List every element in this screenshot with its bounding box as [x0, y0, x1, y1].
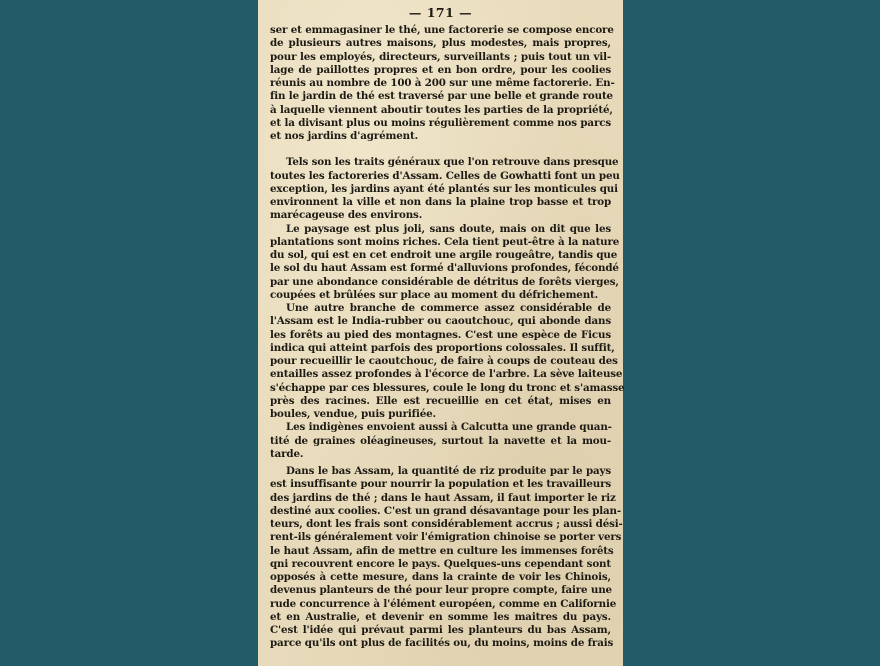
- text-line: parce qu'ils ont plus de facilités ou, d…: [270, 637, 611, 650]
- text-line: devenus planteurs de thé pour leur propr…: [270, 584, 611, 597]
- text-line: près des racines. Elle est recueillie en…: [270, 395, 611, 408]
- text-line: tité de graines oléagineuses, surtout la…: [270, 435, 611, 448]
- text-line: environnent la ville et non dans la plai…: [270, 196, 611, 209]
- text-line: pour recueillir le caoutchouc, de faire …: [270, 355, 611, 368]
- scanned-book-page: — 171 — ser et emmagasiner le thé, une f…: [258, 0, 623, 666]
- text-line: qni recouvrent encore le pays. Quelques-…: [270, 558, 611, 571]
- paragraph-gap: [270, 143, 611, 156]
- text-line: destiné aux coolies. C'est un grand désa…: [270, 505, 611, 518]
- paragraph: Dans le bas Assam, la quantité de riz pr…: [270, 465, 611, 651]
- paragraph: Une autre branche de commerce assez cons…: [270, 302, 611, 421]
- text-line: rent-ils généralement voir l'émigration …: [270, 531, 611, 544]
- text-line: toutes les factoreries d'Assam. Celles d…: [270, 170, 611, 183]
- text-line: marécageuse des environs.: [270, 209, 611, 222]
- text-line: ser et emmagasiner le thé, une factoreri…: [270, 24, 611, 37]
- page-number: — 171 —: [270, 0, 611, 24]
- text-line: s'échappe par ces blessures, coule le lo…: [270, 382, 611, 395]
- text-line: exception, les jardins ayant été plantés…: [270, 183, 611, 196]
- page-body-text: ser et emmagasiner le thé, une factoreri…: [270, 24, 611, 651]
- text-line: Le paysage est plus joli, sans doute, ma…: [270, 223, 611, 236]
- text-line: le sol du haut Assam est formé d'alluvio…: [270, 262, 611, 275]
- text-line: et en Australie, et devenir en somme les…: [270, 611, 611, 624]
- text-line: plantations sont moins riches. Cela tien…: [270, 236, 611, 249]
- text-line: opposés à cette mesure, dans la crainte …: [270, 571, 611, 584]
- text-line: de plusieurs autres maisons, plus modest…: [270, 37, 611, 50]
- paragraph: Tels son les traits généraux que l'on re…: [270, 156, 611, 222]
- text-line: fin le jardin de thé est traversé par un…: [270, 90, 611, 103]
- text-line: les forêts au pied des montagnes. C'est …: [270, 329, 611, 342]
- paragraph: Le paysage est plus joli, sans doute, ma…: [270, 223, 611, 303]
- paragraph: ser et emmagasiner le thé, une factoreri…: [270, 24, 611, 143]
- text-line: des jardins de thé ; dans le haut Assam,…: [270, 492, 611, 505]
- text-line: l'Assam est le India-rubber ou caoutchou…: [270, 315, 611, 328]
- text-line: Les indigènes envoient aussi à Calcutta …: [270, 421, 611, 434]
- text-line: du sol, qui est en cet endroit une argil…: [270, 249, 611, 262]
- text-line: teurs, dont les frais sont considérablem…: [270, 518, 611, 531]
- text-line: est insuffisante pour nourrir la populat…: [270, 478, 611, 491]
- text-line: et la divisant plus ou moins régulièreme…: [270, 117, 611, 130]
- text-line: Tels son les traits généraux que l'on re…: [270, 156, 611, 169]
- text-line: C'est l'idée qui prévaut parmi les plant…: [270, 624, 611, 637]
- text-line: lage de paillottes propres et en bon ord…: [270, 64, 611, 77]
- paragraph: Les indigènes envoient aussi à Calcutta …: [270, 421, 611, 461]
- text-line: et nos jardins d'agrément.: [270, 130, 611, 143]
- text-line: Dans le bas Assam, la quantité de riz pr…: [270, 465, 611, 478]
- text-line: pour les employés, directeurs, surveilla…: [270, 51, 611, 64]
- text-line: à laquelle viennent aboutir toutes les p…: [270, 104, 611, 117]
- text-line: boules, vendue, puis purifiée.: [270, 408, 611, 421]
- text-line: par une abondance considérable de détrit…: [270, 276, 611, 289]
- text-line: coupées et brûlées sur place au moment d…: [270, 289, 611, 302]
- text-line: Une autre branche de commerce assez cons…: [270, 302, 611, 315]
- text-line: rude concurrence à l'élément européen, c…: [270, 598, 611, 611]
- text-line: le haut Assam, afin de mettre en culture…: [270, 545, 611, 558]
- text-line: entailles assez profondes à l'écorce de …: [270, 368, 611, 381]
- text-line: indica qui atteint parfois des proportio…: [270, 342, 611, 355]
- text-line: réunis au nombre de 100 à 200 sur une mê…: [270, 77, 611, 90]
- text-line: tarde.: [270, 448, 611, 461]
